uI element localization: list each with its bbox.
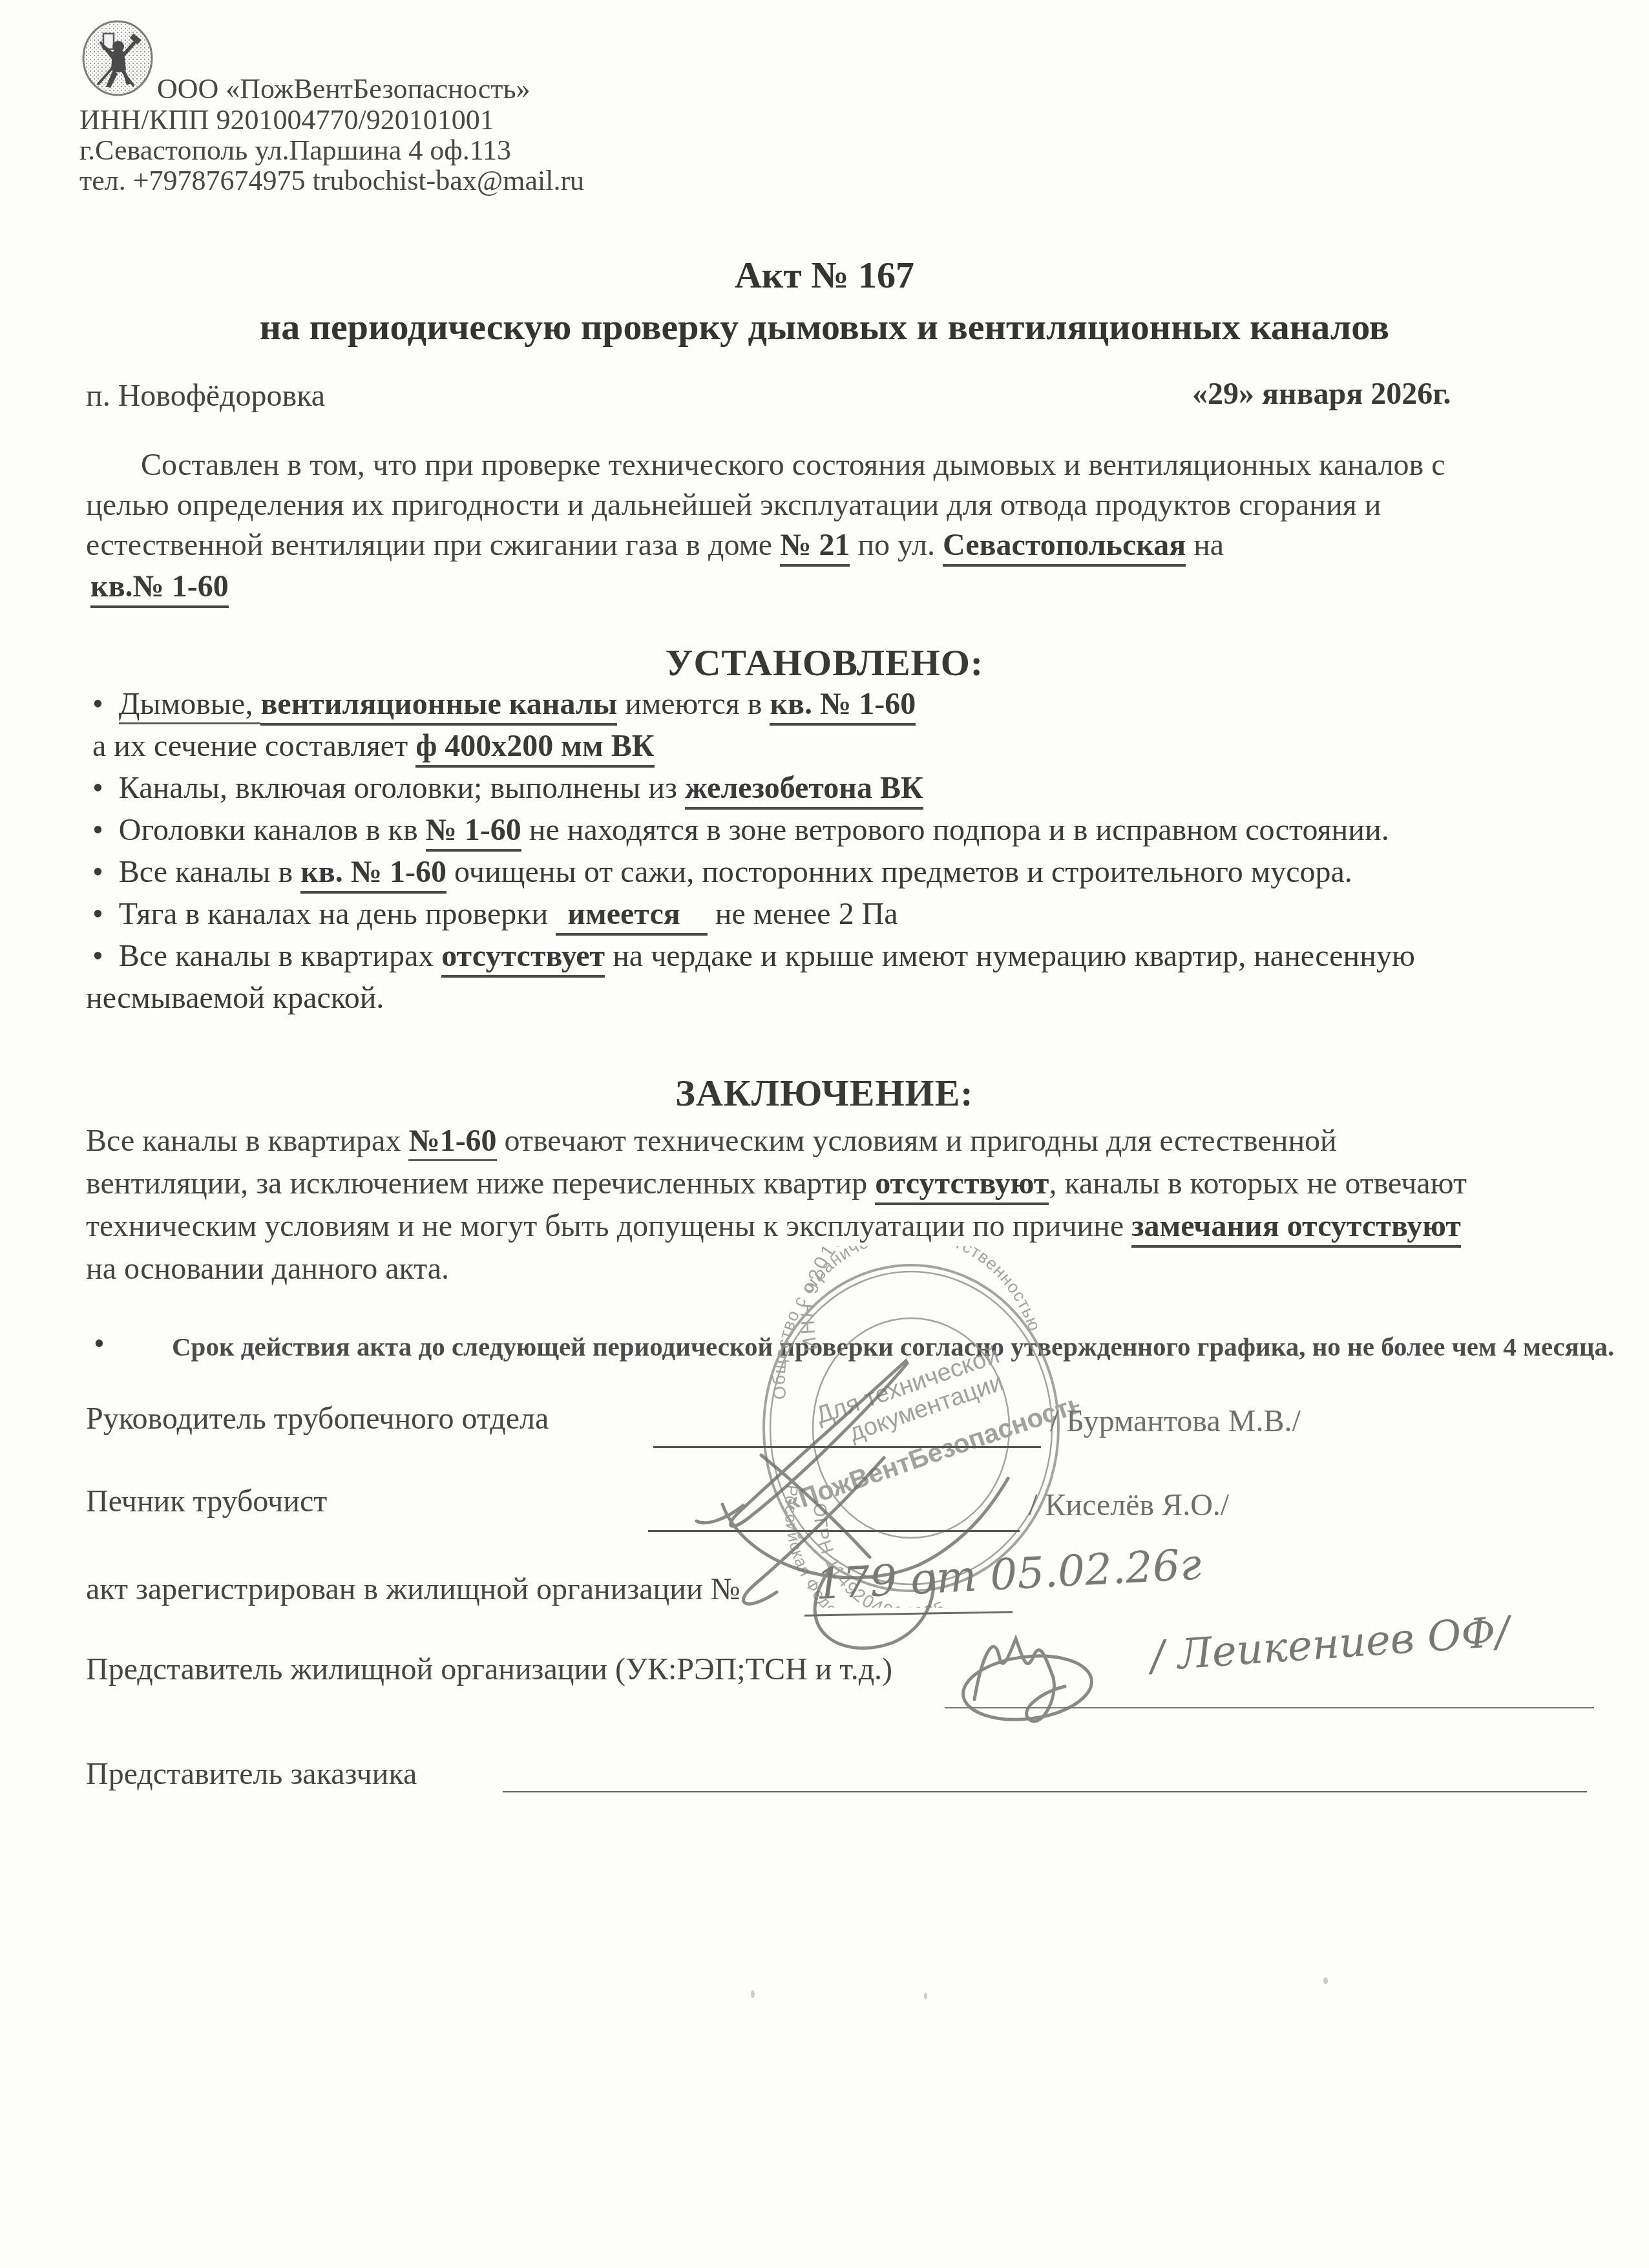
company-address: г.Севастополь ул.Паршина 4 оф.113	[79, 134, 511, 167]
conclusion-heading: ЗАКЛЮЧЕНИЕ:	[0, 1071, 1649, 1115]
conclusion-line-1: Все каналы в квартирах №1-60 отвечают те…	[86, 1123, 1337, 1159]
head-role-label: Руководитель трубопечного отдела	[86, 1401, 549, 1436]
b5-val: имеется	[556, 897, 707, 936]
established-bullet-4: • Все каналы в кв. № 1-60 очищены от саж…	[92, 854, 1352, 890]
established-bullet-6: • Все каналы в квартирах отсутствует на …	[92, 938, 1415, 974]
customer-role-label: Представитель заказчика	[86, 1756, 417, 1792]
sweep-role-label: Печник трубочист	[86, 1484, 327, 1519]
b1-mid: имеются в	[617, 687, 770, 721]
c1-pre: Все каналы в квартирах	[86, 1124, 408, 1158]
b2-pre: Каналы, включая оголовки; выполнены из	[119, 771, 685, 805]
established-bullet-3: • Оголовки каналов в кв № 1-60 не находя…	[92, 812, 1389, 848]
customer-signature-line	[503, 1791, 1587, 1792]
company-phone-email: тел. +79787674975 trubochist-bax@mail.ru	[79, 164, 584, 197]
scan-speck	[1323, 1977, 1328, 1984]
intro-line-3-post: на	[1186, 528, 1224, 562]
established-heading: УСТАНОВЛЕНО:	[0, 641, 1649, 684]
c1-val: №1-60	[408, 1124, 496, 1161]
established-bullet-1: • Дымовые, вентиляционные каналы имеются…	[92, 686, 916, 722]
place: п. Новофёдоровка	[86, 378, 325, 414]
chimney-sweep-emblem-icon	[81, 19, 154, 98]
act-title: Акт № 167	[0, 253, 1649, 297]
b5-mid: не менее	[708, 897, 839, 931]
house-number-value: № 21	[780, 528, 850, 567]
housing-name-handwritten: / Леикениев ОФ/	[1149, 1608, 1511, 1681]
b1b-val: ф 400х200 мм ВК	[415, 729, 654, 768]
b1-val: кв. № 1-60	[770, 687, 916, 726]
bullet-dot-icon: •	[92, 855, 119, 889]
bullet-dot-icon: •	[92, 897, 119, 931]
b2-val: железобетона ВК	[685, 771, 923, 810]
b6-val: отсутствует	[441, 939, 605, 978]
conclusion-line-3: техническим условиям и не могут быть доп…	[86, 1208, 1461, 1244]
bullet-dot-icon: •	[92, 939, 119, 973]
b3-post: не находятся в зоне ветрового подпора и …	[521, 813, 1389, 847]
housing-role-label: Представитель жилищной организации (УК:Р…	[86, 1652, 892, 1687]
registration-label: акт зарегистрирован в жилищной организац…	[86, 1571, 740, 1607]
head-signature-line	[653, 1446, 1041, 1448]
b3-val: № 1-60	[426, 813, 521, 852]
b4-post: очищены от сажи, посторонних предметов и…	[446, 855, 1352, 889]
intro-line-2: целью определения их пригодности и дальн…	[86, 487, 1381, 523]
stamp-inn-text: ИНН 9201004770	[797, 1246, 903, 1353]
scan-speck	[751, 1990, 755, 1998]
bullet-dot-icon: •	[92, 687, 119, 721]
company-inn-kpp: ИНН/КПП 9201004770/920101001	[79, 103, 494, 136]
intro-line-3: естественной вентиляции при сжигании газ…	[86, 527, 1224, 563]
c2-post: , каналы в которых не отвечают	[1049, 1166, 1467, 1201]
c3-pre: техническим условиям и не могут быть доп…	[86, 1209, 1131, 1243]
b6-post: на чердаке и крыше имеют нумерацию кварт…	[605, 939, 1415, 973]
intro-line-4: кв.№ 1-60	[90, 569, 229, 604]
c3-val: замечания отсутствуют	[1131, 1209, 1461, 1248]
b1-bold: вентиляционные каналы	[260, 687, 617, 726]
established-bullet-2: • Каналы, включая оголовки; выполнены из…	[92, 770, 923, 806]
street-value: Севастопольская	[943, 528, 1186, 567]
company-name: ООО «ПожВентБезопасность»	[157, 72, 530, 105]
conclusion-line-2: вентиляции, за исключением ниже перечисл…	[86, 1166, 1467, 1201]
established-bullet-6-cont: несмываемой краской.	[86, 980, 384, 1016]
validity-bullet-dot-icon: •	[94, 1326, 105, 1361]
c1-post: отвечают техническим условиям и пригодны…	[497, 1124, 1337, 1158]
conclusion-line-4: на основании данного акта.	[86, 1251, 449, 1286]
intro-line-3-pre: естественной вентиляции при сжигании газ…	[86, 528, 780, 562]
scanned-act-document: ООО «ПожВентБезопасность» ИНН/КПП 920100…	[0, 0, 1649, 2268]
b1-pre: Дымовые,	[119, 687, 253, 724]
date: «29» января 2026г.	[1192, 376, 1451, 412]
scan-speck	[924, 1993, 927, 1999]
housing-signature-scribble	[956, 1615, 1150, 1745]
svg-text:ИНН 9201004770: ИНН 9201004770	[797, 1246, 903, 1353]
housing-signature-line	[945, 1707, 1594, 1708]
sweep-name: / Киселёв Я.О./	[1029, 1487, 1229, 1523]
b5-post: 2 Па	[839, 897, 898, 931]
act-subtitle: на периодическую проверку дымовых и вент…	[0, 305, 1649, 348]
head-name: / Бурмантова М.В./	[1050, 1403, 1301, 1439]
intro-line-1: Составлен в том, что при проверке технич…	[141, 447, 1445, 483]
b6-pre: Все каналы в квартирах	[119, 939, 441, 973]
intro-line-3-mid: по ул.	[850, 528, 943, 562]
bullet-dot-icon: •	[92, 771, 119, 805]
c2-val: отсутствуют	[875, 1166, 1049, 1205]
b4-val: кв. № 1-60	[300, 855, 446, 894]
apartments-value: кв.№ 1-60	[90, 569, 229, 608]
bullet-dot-icon: •	[92, 813, 119, 847]
b3-pre: Оголовки каналов в кв	[119, 813, 426, 847]
established-bullet-5: • Тяга в каналах на день проверки имеетс…	[92, 896, 898, 932]
c2-pre: вентиляции, за исключением ниже перечисл…	[86, 1166, 875, 1201]
b4-pre: Все каналы в	[119, 855, 300, 889]
b1b-pre: а их сечение составляет	[92, 729, 415, 763]
established-line-section: а их сечение составляет ф 400х200 мм ВК	[92, 728, 655, 764]
sweep-signature-line	[648, 1530, 1020, 1532]
b5-pre: Тяга в каналах на день проверки	[119, 897, 556, 931]
